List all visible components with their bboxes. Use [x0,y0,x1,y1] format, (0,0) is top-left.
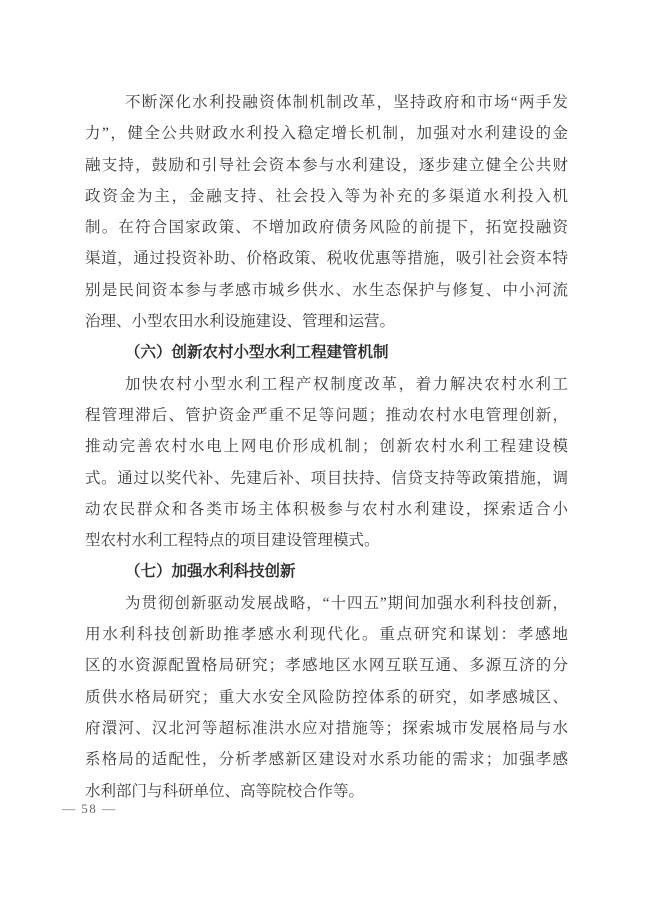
text-line: 水利部门与科研单位、高等院校合作等。 [85,776,568,807]
text-line: 别是民间资本参与孝感市城乡供水、水生态保护与修复、中小河流 [85,275,568,306]
paragraph-rural-small-projects: 加快农村小型水利工程产权制度改革，着力解决农村水利工 程管理滞后、管护资金严重不… [85,369,568,557]
page-number: — 58 — [62,800,117,818]
text-line: 动农民群众和各类市场主体积极参与农村水利建设，探索适合小 [85,494,568,525]
text-line: 系格局的适配性，分析孝感新区建设对水系功能的需求；加强孝感 [85,744,568,775]
section-heading-6: （六）创新农村小型水利工程建管机制 [85,337,568,368]
text-line: 推动完善农村水电上网电价形成机制；创新农村水利工程建设模 [85,431,568,462]
text-line: 力”，健全公共财政水利投入稳定增长机制，加强对水利建设的金 [85,118,568,149]
text-line: 融支持，鼓励和引导社会资本参与水利建设，逐步建立健全公共财 [85,150,568,181]
text-line: 区的水资源配置格局研究；孝感地区水网互联互通、多源互济的分 [85,650,568,681]
text-line: 治理、小型农田水利设施建设、管理和运营。 [85,306,568,337]
text-line: 用水利科技创新助推孝感水利现代化。重点研究和谋划：孝感地 [85,619,568,650]
paragraph-science-technology-innovation: 为贯彻创新驱动发展战略，“十四五”期间加强水利科技创新， 用水利科技创新助推孝感… [85,588,568,807]
text-line: 程管理滞后、管护资金严重不足等问题；推动农村水电管理创新， [85,400,568,431]
text-line: 加快农村小型水利工程产权制度改革，着力解决农村水利工 [85,369,568,400]
text-line: 制。在符合国家政策、不增加政府债务风险的前提下，拓宽投融资 [85,212,568,243]
paragraph-investment-mechanism: 不断深化水利投融资体制机制改革，坚持政府和市场“两手发 力”，健全公共财政水利投… [85,87,568,337]
text-line: 政资金为主，金融支持、社会投入等为补充的多渠道水利投入机 [85,181,568,212]
text-line: 不断深化水利投融资体制机制改革，坚持政府和市场“两手发 [85,87,568,118]
section-heading-7: （七）加强水利科技创新 [85,556,568,587]
text-line: 渠道，通过投资补助、价格政策、税收优惠等措施，吸引社会资本特 [85,243,568,274]
text-line: 型农村水利工程特点的项目建设管理模式。 [85,525,568,556]
text-line: 式。通过以奖代补、先建后补、项目扶持、信贷支持等政策措施，调 [85,463,568,494]
text-line: 府澴河、汉北河等超标准洪水应对措施等；探索城市发展格局与水 [85,713,568,744]
document-body: 不断深化水利投融资体制机制改革，坚持政府和市场“两手发 力”，健全公共财政水利投… [85,87,568,807]
text-line: 为贯彻创新驱动发展战略，“十四五”期间加强水利科技创新， [85,588,568,619]
text-line: 质供水格局研究；重大水安全风险防控体系的研究，如孝感城区、 [85,682,568,713]
